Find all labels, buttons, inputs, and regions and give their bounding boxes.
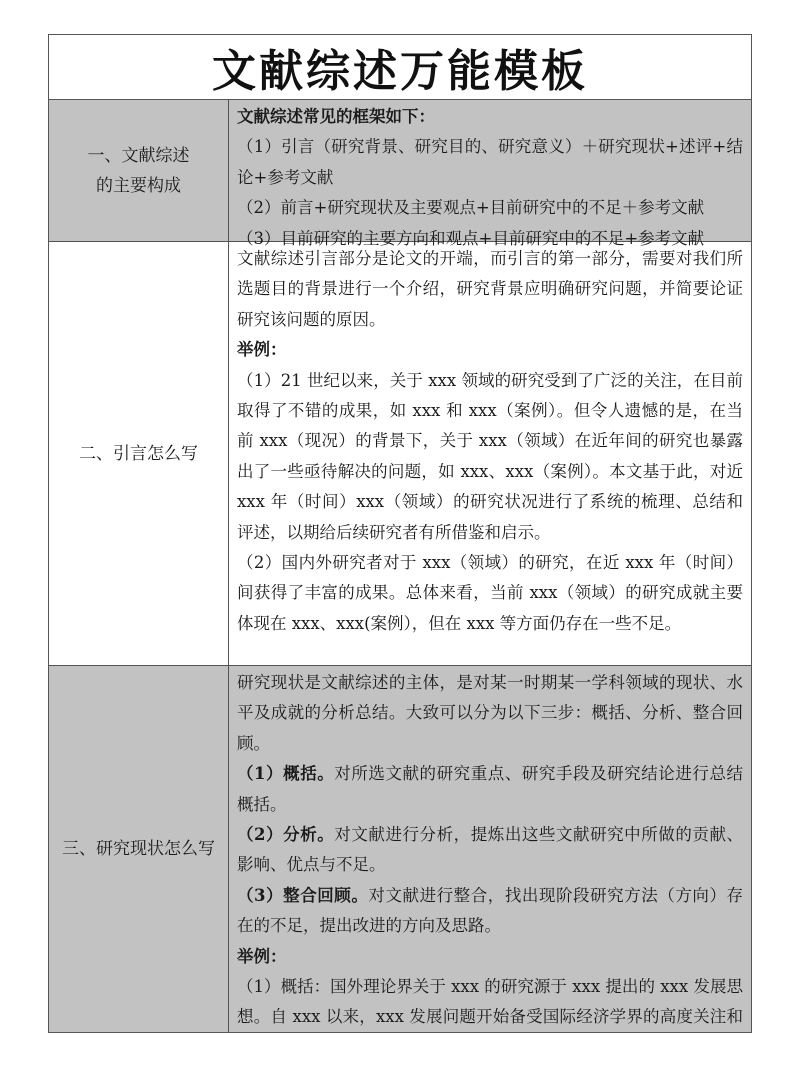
paragraph: （2）前言+研究现状及主要观点+目前研究中的不足＋参考文献 [237,193,743,223]
section-introduction: 二、引言怎么写 文献综述引言部分是论文的开端，而引言的第一部分，需要对我们所选题… [49,242,751,666]
paragraph: （2）国内外研究者对于 xxx（领域）的研究，在近 xxx 年（时间）间获得了丰… [237,548,743,639]
section-composition: 一、文献综述 的主要构成 文献综述常见的框架如下： （1）引言（研究背景、研究目… [49,100,751,242]
step-lead: （2）分析。 [237,825,334,844]
section-content: 文献综述常见的框架如下： （1）引言（研究背景、研究目的、研究意义）＋研究现状+… [229,100,751,241]
template-table: 文献综述万能模板 一、文献综述 的主要构成 文献综述常见的框架如下： （1）引言… [48,34,752,1033]
label-line: 的主要构成 [88,171,190,201]
section-label: 一、文献综述 的主要构成 [49,100,229,241]
paragraph: 研究现状是文献综述的主体，是对某一时期某一学科领域的现状、水平及成就的分析总结。… [237,668,743,759]
section-content: 研究现状是文献综述的主体，是对某一时期某一学科领域的现状、水平及成就的分析总结。… [229,666,751,1032]
paragraph: （3）整合回顾。对文献进行整合，找出现阶段研究方法（方向）存在的不足，提出改进的… [237,881,743,942]
paragraph: （1）概括：国外理论界关于 xxx 的研究源于 xxx 提出的 xxx 发展思想… [237,972,743,1032]
example-heading: 举例： [237,335,743,365]
example-heading: 举例： [237,942,743,972]
label-line: 二、引言怎么写 [79,439,198,469]
step-lead: （1）概括。 [237,764,334,783]
paragraph: （1）引言（研究背景、研究目的、研究意义）＋研究现状+述评+结论+参考文献 [237,132,743,193]
label-line: 三、研究现状怎么写 [62,834,215,864]
label-line: 一、文献综述 [88,141,190,171]
paragraph: （1）21 世纪以来，关于 xxx 领域的研究受到了广泛的关注，在目前取得了不错… [237,366,743,548]
step-lead: （3）整合回顾。 [237,886,368,905]
section-content: 文献综述引言部分是论文的开端，而引言的第一部分，需要对我们所选题目的背景进行一个… [229,242,751,665]
page-title: 文献综述万能模板 [212,35,588,99]
paragraph: 文献综述常见的框架如下： [237,102,743,132]
title-row: 文献综述万能模板 [49,35,751,100]
section-label: 二、引言怎么写 [49,242,229,665]
section-research-status: 三、研究现状怎么写 研究现状是文献综述的主体，是对某一时期某一学科领域的现状、水… [49,666,751,1032]
paragraph: （1）概括。对所选文献的研究重点、研究手段及研究结论进行总结概括。 [237,759,743,820]
paragraph: （2）分析。对文献进行分析，提炼出这些文献研究中所做的贡献、影响、优点与不足。 [237,820,743,881]
paragraph: 文献综述引言部分是论文的开端，而引言的第一部分，需要对我们所选题目的背景进行一个… [237,244,743,335]
section-label: 三、研究现状怎么写 [49,666,229,1032]
